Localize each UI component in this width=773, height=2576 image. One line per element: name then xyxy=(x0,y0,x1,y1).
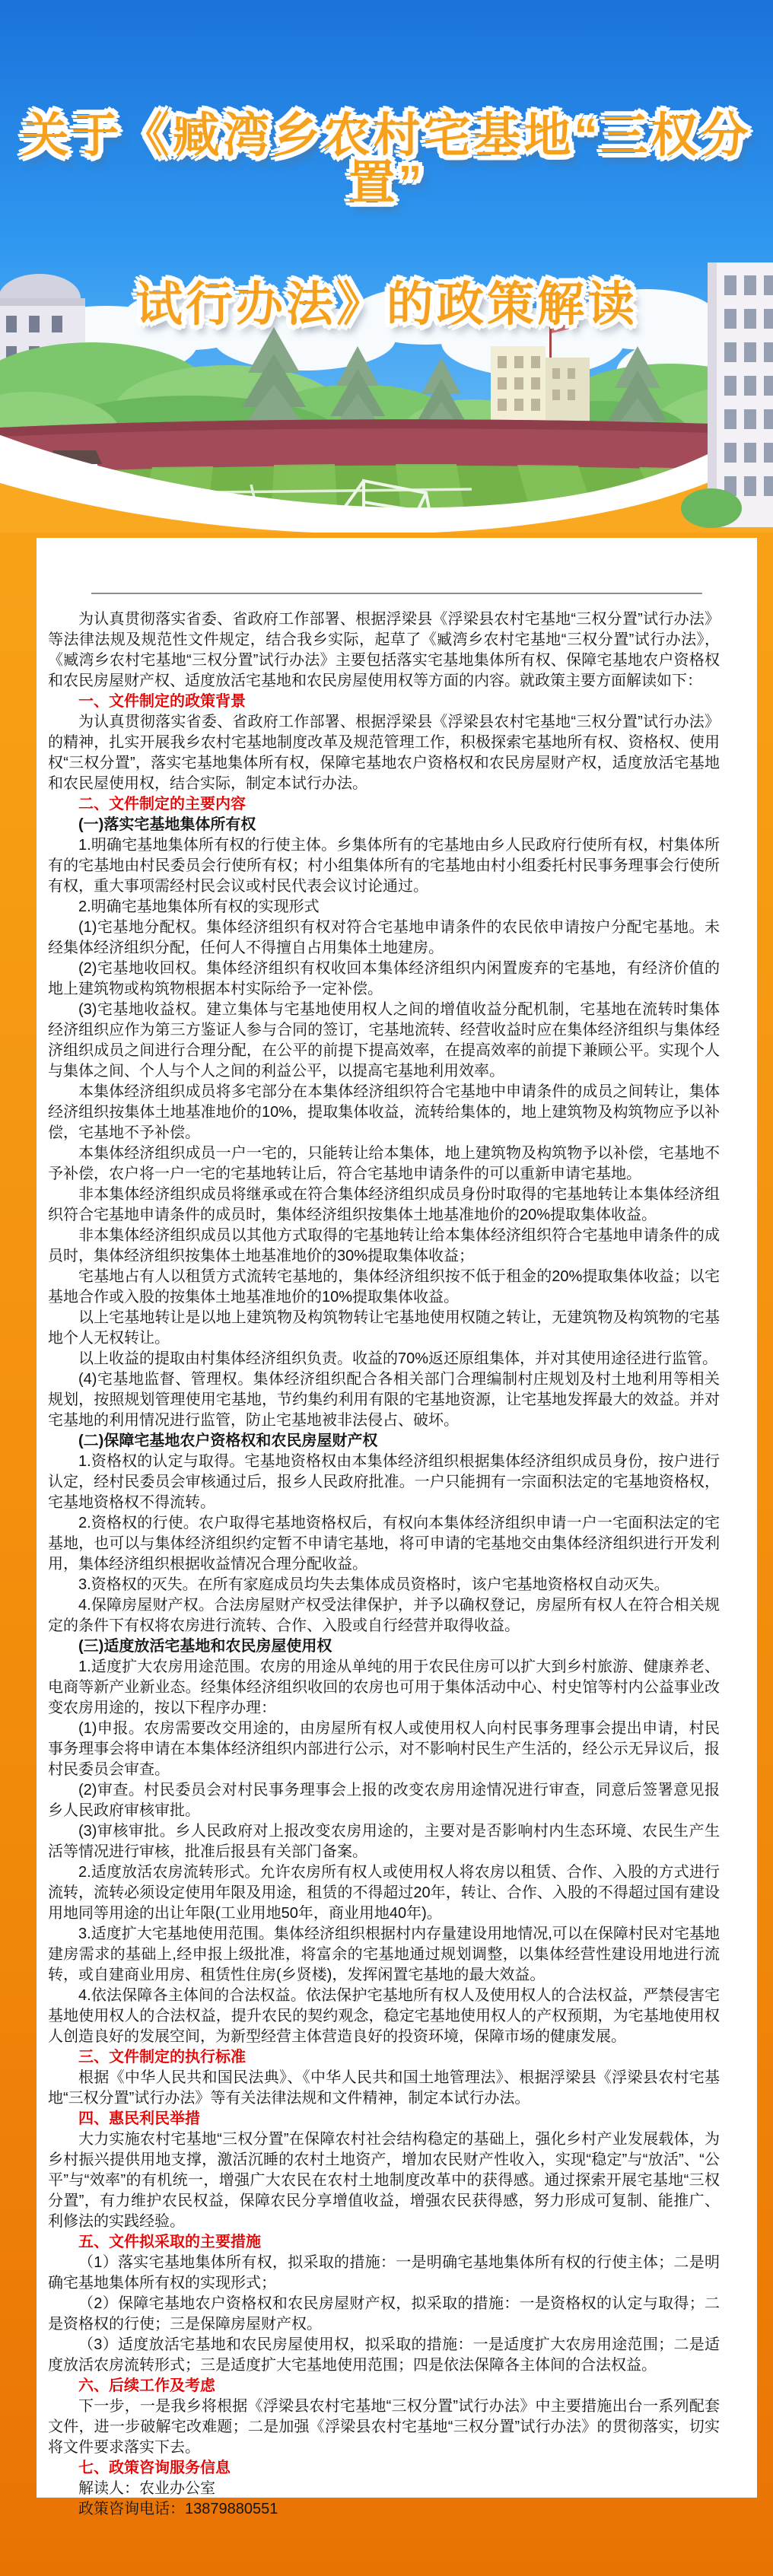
sub-heading: (三)适度放活宅基地和农民房屋使用权 xyxy=(48,1636,720,1657)
section-heading: 七、政策咨询服务信息 xyxy=(48,2458,720,2479)
poster-title-line1: 关于《臧湾乡农村宅基地“三权分置” xyxy=(0,113,773,207)
sub-heading: (一)落实宅基地集体所有权 xyxy=(48,815,720,835)
section-heading: 一、文件制定的政策背景 xyxy=(48,692,720,712)
paragraph: 2.资格权的行使。农户取得宅基地资格权后，有权向本集体经济组织申请一户一宅面积法… xyxy=(48,1513,720,1575)
paragraph: 3.资格权的灭失。在所有家庭成员均失去集体成员资格时，该户宅基地资格权自动灭失。 xyxy=(48,1575,720,1595)
paragraph: 以上宅基地转让是以地上建筑物及构筑物转让宅基地使用权随之转让，无建筑物及构筑物的… xyxy=(48,1308,720,1349)
paragraph: 本集体经济组织成员将多宅部分在本集体经济组织符合宅基地中申请条件的成员之间转让，… xyxy=(48,1082,720,1143)
sub-heading: (二)保障宅基地农户资格权和农民房屋财产权 xyxy=(48,1431,720,1452)
paragraph: 大力实施农村宅基地“三权分置”在保障农村社会结构稳定的基础上，强化乡村产业发展载… xyxy=(48,2129,720,2232)
paragraph: （1）落实宅基地集体所有权，拟采取的措施：一是明确宅基地集体所有权的行使主体；二… xyxy=(48,2253,720,2294)
poster-title-line2: 试行办法》的政策解读 xyxy=(0,281,773,329)
section-heading: 二、文件制定的主要内容 xyxy=(48,794,720,815)
paragraph: 1.资格权的认定与取得。宅基地资格权由本集体经济组织根据集体经济组织成员身份，按… xyxy=(48,1452,720,1513)
section-heading: 六、后续工作及考虑 xyxy=(48,2376,720,2396)
paragraph: (1)申报。农房需要改交用途的，由房屋所有权人或使用权人向村民事务理事会提出申请… xyxy=(48,1719,720,1780)
paragraph: 2.明确宅基地集体所有权的实现形式 xyxy=(48,897,720,918)
paragraph: 非本集体经济组织成员将继承或在符合集体经济组织成员身份时取得的宅基地转让本集体经… xyxy=(48,1185,720,1226)
paragraph: 1.明确宅基地集体所有权的行使主体。乡集体所有的宅基地由乡人民政府行使所有权，村… xyxy=(48,835,720,897)
paragraph: (4)宅基地监督、管理权。集体经济组织配合各相关部门合理编制村庄规划及村土地利用… xyxy=(48,1369,720,1431)
paragraph: (1)宅基地分配权。集体经济组织有权对符合宅基地申请条件的农民依申请按户分配宅基… xyxy=(48,918,720,959)
section-heading: 三、文件制定的执行标准 xyxy=(48,2047,720,2068)
paragraph: 政策咨询电话：13879880551 xyxy=(48,2499,720,2520)
poster-title: 关于《臧湾乡农村宅基地“三权分置” 试行办法》的政策解读 xyxy=(0,113,773,329)
paragraph: （3）适度放活宅基地和农民房屋使用权，拟采取的措施：一是适度扩大农房用途范围；二… xyxy=(48,2335,720,2376)
paragraph: 宅基地占有人以租赁方式流转宅基地的，集体经济组织按不低于租金的20%提取集体收益… xyxy=(48,1267,720,1308)
section-heading: 四、惠民利民举措 xyxy=(48,2109,720,2129)
paragraph: 为认真贯彻落实省委、省政府工作部署、根据浮梁县《浮梁县农村宅基地“三权分置”试行… xyxy=(48,712,720,794)
paragraph: 下一步，一是我乡将根据《浮梁县农村宅基地“三权分置”试行办法》中主要措施出台一系… xyxy=(48,2396,720,2458)
paragraph: 4.依法保障各主体间的合法权益。依法保护宅基地所有权人及使用权人的合法权益，严禁… xyxy=(48,1986,720,2047)
paragraph: (2)宅基地收回权。集体经济组织有权收回本集体经济组织内闲置废弃的宅基地，有经济… xyxy=(48,959,720,1000)
paragraph: 为认真贯彻落实省委、省政府工作部署、根据浮梁县《浮梁县农村宅基地“三权分置”试行… xyxy=(48,609,720,692)
content-card: 为认真贯彻落实省委、省政府工作部署、根据浮梁县《浮梁县农村宅基地“三权分置”试行… xyxy=(37,538,757,2498)
paragraph: 解读人：农业办公室 xyxy=(48,2479,720,2499)
paragraph: (3)宅基地收益权。建立集体与宅基地使用权人之间的增值收益分配机制，宅基地在流转… xyxy=(48,1000,720,1082)
paragraph: (3)审核审批。乡人民政府对上报改变农房用途的，主要对是否影响村内生态环境、农民… xyxy=(48,1821,720,1862)
paragraph: 2.适度放活农房流转形式。允许农房所有权人或使用权人将农房以租赁、合作、入股的方… xyxy=(48,1862,720,1924)
paragraph: 本集体经济组织成员一户一宅的，只能转让给本集体，地上建筑物及构筑物予以补偿，宅基… xyxy=(48,1143,720,1185)
paragraph: (2)审查。村民委员会对村民事务理事会上报的改变农房用途情况进行审查，同意后签署… xyxy=(48,1780,720,1821)
divider-line xyxy=(91,593,702,594)
paragraph: （2）保障宅基地农户资格权和农民房屋财产权，拟采取的措施：一是资格权的认定与取得… xyxy=(48,2294,720,2335)
document-body: 为认真贯彻落实省委、省政府工作部署、根据浮梁县《浮梁县农村宅基地“三权分置”试行… xyxy=(37,603,757,2520)
section-heading: 五、文件拟采取的主要措施 xyxy=(48,2232,720,2253)
paragraph: 1.适度扩大农房用途范围。农房的用途从单纯的用于农民住房可以扩大到乡村旅游、健康… xyxy=(48,1657,720,1719)
paragraph: 非本集体经济组织成员以其他方式取得的宅基地转让给本集体经济组织符合宅基地申请条件… xyxy=(48,1226,720,1267)
paragraph: 4.保障房屋财产权。合法房屋财产权受法律保护，并予以确权登记，房屋所有权人在符合… xyxy=(48,1595,720,1636)
paragraph: 以上收益的提取由村集体经济组织负责。收益的70%返还原组集体，并对其使用途径进行… xyxy=(48,1349,720,1369)
paragraph: 根据《中华人民共和国民法典》、《中华人民共和国土地管理法》、根据浮梁县《浮梁县农… xyxy=(48,2068,720,2109)
policy-poster: 关于《臧湾乡农村宅基地“三权分置” 试行办法》的政策解读 为认真贯彻落实省委、省… xyxy=(0,0,773,2576)
paragraph: 3.适度扩大宅基地使用范围。集体经济组织根据村内存量建设用地情况,可以在保障村民… xyxy=(48,1924,720,1986)
